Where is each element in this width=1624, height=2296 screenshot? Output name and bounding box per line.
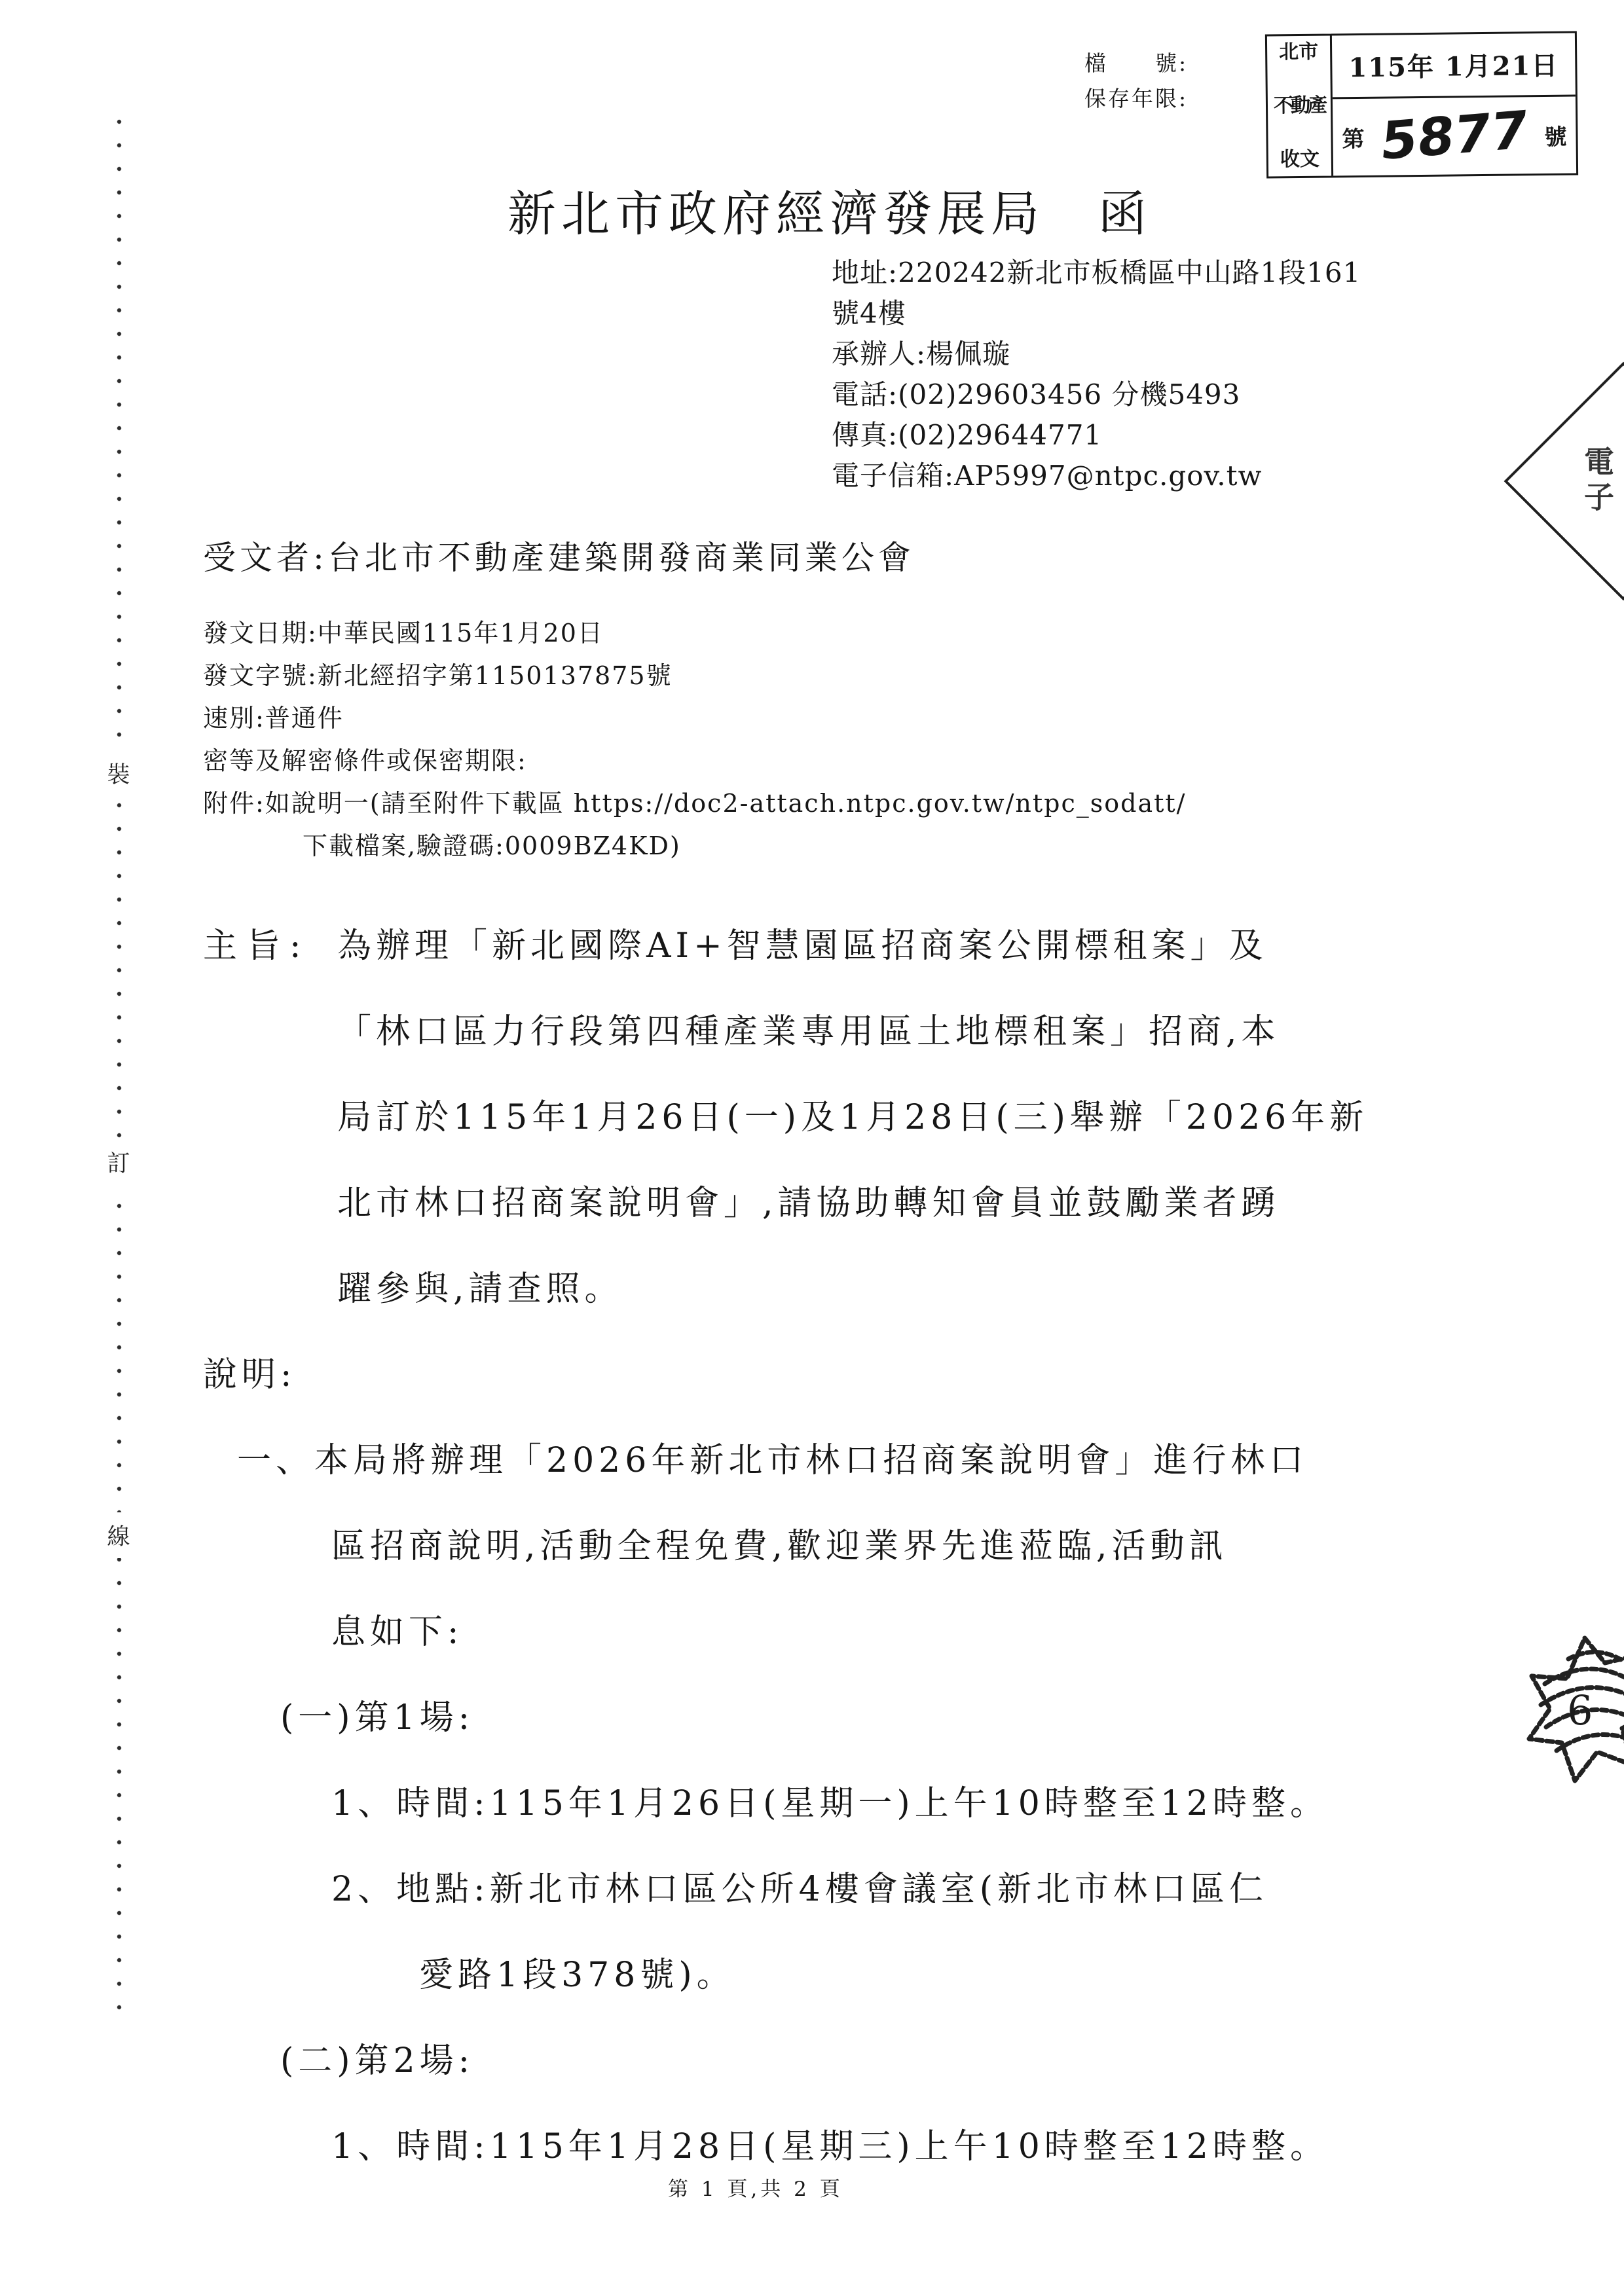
explanation-session1-time: 1、時間:115年1月26日(星期一)上午10時整至12時整。 — [331, 1761, 1368, 1847]
explanation-session2-heading: (二)第2場: — [280, 2018, 1368, 2104]
sender-contact-person: 承辦人:楊佩璇 — [832, 334, 1361, 374]
receipt-stamp-org: 北市 不動產 收文 — [1267, 35, 1333, 176]
binding-dotted-line — [115, 110, 123, 2018]
retention-label: 保存年限: — [1084, 81, 1188, 117]
explanation-session1-place-cont: 愛路1段378號)。 — [419, 1933, 1368, 2018]
recipient-line: 受文者:台北市不動產建築開發商業同業公會 — [203, 532, 915, 579]
scanned-official-letter-page: 裝 訂 線 檔 號: 保存年限: 北市 不動產 收文 115年 1月21日 第 … — [0, 0, 1624, 2296]
electronic-exchange-stamp-text: 電子 交文 — [1576, 446, 1624, 517]
binding-mark-zhuang: 裝 — [103, 750, 134, 796]
explanation-session1-heading: (一)第1場: — [280, 1675, 1368, 1761]
explanation-session1-place: 2、地點:新北市林口區公所4樓會議室(新北市林口區仁 — [331, 1847, 1368, 1933]
binding-mark-ding: 訂 — [103, 1139, 134, 1185]
flower-doodle: 6 — [1522, 1631, 1624, 1788]
meta-issue-date: 發文日期:中華民國115年1月20日 — [203, 612, 1186, 655]
receipt-stamp-no-suffix: 號 — [1544, 119, 1567, 151]
sender-fax: 傳真:(02)29644771 — [832, 415, 1361, 456]
subject-text: 為辦理「新北國際AI+智慧園區招商案公開標租案」及 — [337, 926, 1268, 966]
receipt-stamp-number: 5877 — [1378, 104, 1530, 168]
subject-line: 「林口區力行段第四種產業專用區土地標租案」招商,本 — [337, 989, 1368, 1075]
subject-line: 北市林口招商案說明會」,請協助轉知會員並鼓勵業者踴 — [337, 1161, 1368, 1247]
subject-line: 局訂於115年1月26日(一)及1月28日(三)舉辦「2026年新 — [337, 1075, 1368, 1161]
subject-line: 躍參與,請查照。 — [337, 1247, 1368, 1332]
explanation-line: 一、本局將辦理「2026年新北市林口招商案說明會」進行林口 — [237, 1418, 1368, 1504]
explanation-line: 區招商說明,活動全程免費,歡迎業界先進蒞臨,活動訊 — [331, 1504, 1368, 1590]
file-no-label: 檔 號: — [1084, 46, 1188, 81]
receipt-stamp-number-row: 第 5877 號 — [1333, 96, 1576, 175]
doodle-number: 6 — [1567, 1686, 1593, 1734]
sender-phone: 電話:(02)29603456 分機5493 — [832, 374, 1361, 415]
explanation-session2-time: 1、時間:115年1月28日(星期三)上午10時整至12時整。 — [331, 2104, 1368, 2190]
subject-line: 主旨:為辦理「新北國際AI+智慧園區招商案公開標租案」及 — [203, 903, 1368, 989]
explanation-line: 息如下: — [331, 1590, 1368, 1675]
binding-mark-xian: 線 — [103, 1512, 134, 1558]
sender-email: 電子信箱:AP5997@ntpc.gov.tw — [832, 456, 1361, 496]
sender-info-block: 地址:220242新北市板橋區中山路1段161 號4樓 承辦人:楊佩璇 電話:(… — [832, 253, 1361, 496]
receipt-stamp-org-line: 收文 — [1280, 150, 1319, 170]
meta-doc-number: 發文字號:新北經招字第1150137875號 — [203, 655, 1186, 697]
meta-block: 發文日期:中華民國115年1月20日 發文字號:新北經招字第1150137875… — [203, 612, 1186, 867]
receipt-stamp-right: 115年 1月21日 第 5877 號 — [1332, 33, 1576, 176]
receipt-stamp-no-prefix: 第 — [1342, 121, 1365, 153]
meta-attachment-line1: 附件:如說明一(請至附件下載區 https://doc2-attach.ntpc… — [203, 782, 1186, 825]
receipt-stamp-org-line: 不動產 — [1274, 96, 1325, 117]
meta-security: 密等及解密條件或保密期限: — [203, 740, 1186, 782]
receipt-stamp: 北市 不動產 收文 115年 1月21日 第 5877 號 — [1265, 31, 1578, 179]
body-block: 主旨:為辦理「新北國際AI+智慧園區招商案公開標租案」及 「林口區力行段第四種產… — [203, 903, 1368, 2190]
document-title: 新北市政府經濟發展局 函 — [507, 175, 1152, 245]
file-number-labels: 檔 號: 保存年限: — [1084, 46, 1188, 117]
meta-speed: 速別:普通件 — [203, 697, 1186, 740]
subject-label: 主旨: — [203, 903, 337, 989]
receipt-stamp-date: 115年 1月21日 — [1332, 33, 1576, 100]
page-number-footer: 第 1 頁,共 2 頁 — [668, 2172, 843, 2202]
electronic-exchange-stamp: 電子 交文 — [1504, 362, 1624, 601]
sender-address-line2: 號4樓 — [832, 293, 1361, 334]
meta-attachment-line2: 下載檔案,驗證碼:0009BZ4KD) — [303, 825, 1186, 867]
receipt-stamp-org-line: 北市 — [1279, 43, 1318, 63]
sender-address-line1: 地址:220242新北市板橋區中山路1段161 — [832, 253, 1361, 293]
explanation-label: 說明: — [203, 1332, 1368, 1418]
estamp-col1: 電子 — [1576, 446, 1619, 517]
